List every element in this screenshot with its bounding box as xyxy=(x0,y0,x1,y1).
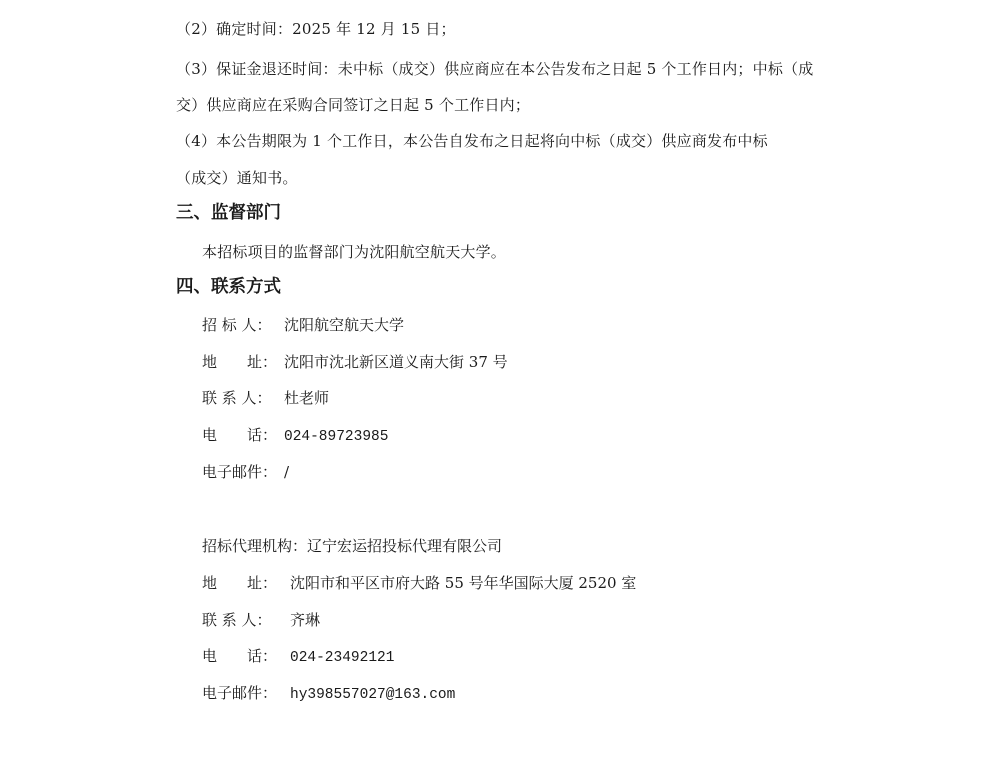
agency-name-row: 招标代理机构：辽宁宏运招投标代理有限公司 xyxy=(202,536,502,556)
tenderer-address-row: 地 址：沈阳市沈北新区道义南大街 37 号 xyxy=(202,352,508,372)
term-item-2: （2）确定时间：2025 年 12 月 15 日； xyxy=(176,19,456,39)
tenderer-person-label: 联 系 人： xyxy=(202,388,284,408)
agency-phone-value: 024-23492121 xyxy=(290,650,394,666)
agency-person-label: 联 系 人： xyxy=(202,610,290,630)
tenderer-person-value: 杜老师 xyxy=(284,389,329,407)
tenderer-email-value: / xyxy=(284,463,289,481)
agency-phone-label: 电 话： xyxy=(202,646,290,666)
term-item-4-line-2: （成交）通知书。 xyxy=(176,168,298,188)
tenderer-name-label: 招 标 人： xyxy=(202,315,284,335)
tenderer-phone-value: 024-89723985 xyxy=(284,429,388,445)
agency-address-value: 沈阳市和平区市府大路 55 号年华国际大厦 2520 室 xyxy=(290,574,636,592)
section-heading-supervision: 三、监督部门 xyxy=(176,202,281,224)
agency-email-row: 电子邮件：hy398557027@163.com xyxy=(202,683,455,705)
tenderer-address-value: 沈阳市沈北新区道义南大街 37 号 xyxy=(284,353,508,371)
tenderer-person-row: 联 系 人：杜老师 xyxy=(202,388,329,408)
term-item-3-line-2: 交）供应商应在采购合同签订之日起 5 个工作日内； xyxy=(176,95,530,115)
section-heading-contact: 四、联系方式 xyxy=(176,276,281,298)
tenderer-email-label: 电子邮件： xyxy=(202,462,284,482)
agency-address-row: 地 址：沈阳市和平区市府大路 55 号年华国际大厦 2520 室 xyxy=(202,573,636,593)
agency-person-value: 齐琳 xyxy=(290,611,320,629)
tenderer-address-label: 地 址： xyxy=(202,352,284,372)
tenderer-email-row: 电子邮件：/ xyxy=(202,462,289,482)
agency-phone-row: 电 话：024-23492121 xyxy=(202,646,394,668)
tenderer-name-row: 招 标 人：沈阳航空航天大学 xyxy=(202,315,404,335)
agency-name-value: 辽宁宏运招投标代理有限公司 xyxy=(307,537,502,555)
tenderer-name-value: 沈阳航空航天大学 xyxy=(284,316,404,334)
agency-name-label: 招标代理机构： xyxy=(202,537,307,555)
term-item-4-line-1: （4）本公告期限为 1 个工作日，本公告自发布之日起将向中标（成交）供应商发布中… xyxy=(176,131,768,151)
agency-email-label: 电子邮件： xyxy=(202,683,290,703)
tenderer-phone-label: 电 话： xyxy=(202,425,284,445)
agency-address-label: 地 址： xyxy=(202,573,290,593)
tenderer-phone-row: 电 话：024-89723985 xyxy=(202,425,388,447)
agency-email-value: hy398557027@163.com xyxy=(290,687,455,703)
term-item-3-line-1: （3）保证金退还时间：未中标（成交）供应商应在本公告发布之日起 5 个工作日内；… xyxy=(176,59,813,79)
agency-person-row: 联 系 人：齐琳 xyxy=(202,610,320,630)
supervision-body: 本招标项目的监督部门为沈阳航空航天大学。 xyxy=(202,242,506,262)
